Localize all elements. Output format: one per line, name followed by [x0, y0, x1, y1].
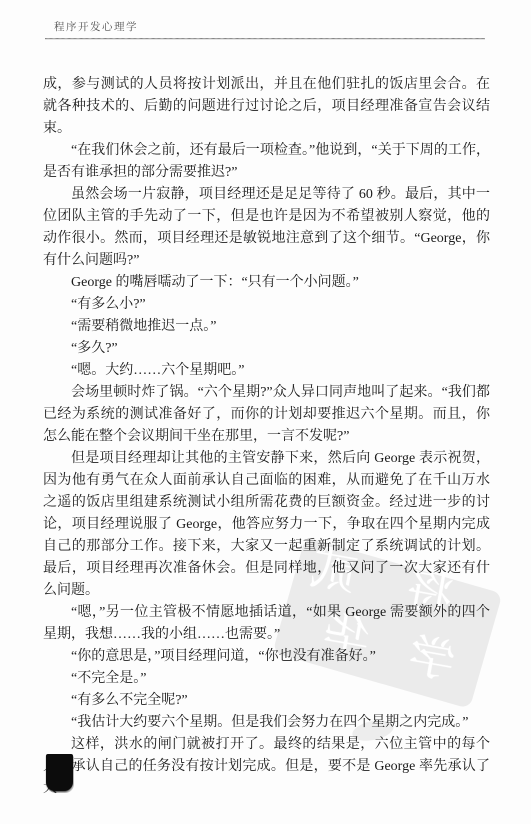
paragraph: “有多么不完全呢?”: [43, 690, 490, 712]
ink-mark: [46, 754, 73, 791]
paragraph: “多久?”: [43, 338, 490, 360]
paragraph: “不完全是。”: [43, 668, 490, 690]
running-head-title: 程序开发心理学: [54, 19, 138, 34]
paragraph: 但是项目经理却让其他的主管安静下来，然后向 George 表示祝贺，因为他有勇气…: [43, 448, 490, 602]
paragraph: 虽然会场一片寂静，项目经理还是足足等待了 60 秒。最后，其中一位团队主管的手先…: [43, 184, 490, 272]
paragraph: 这样，洪水的闸门就被打开了。最终的结果是，六位主管中的每个人都承认自己的任务没有…: [43, 734, 490, 800]
paragraph: 会场里顿时炸了锅。“六个星期?”众人异口同声地叫了起来。“我们都已经为系统的测试…: [43, 382, 490, 448]
paragraph: “在我们休会之前，还有最后一项检查。”他说到，“关于下周的工作，是否有谁承担的部…: [43, 140, 490, 184]
paragraph: “有多么小?”: [43, 294, 490, 316]
paragraph: “嗯。大约……六个星期吧。”: [43, 360, 490, 382]
paragraph: “嗯，”另一位主管极不情愿地插话道，“如果 George 需要额外的四个星期，我…: [43, 602, 490, 646]
paragraph: “我估计大约要六个星期。但是我们会努力在四个星期之内完成。”: [43, 712, 490, 734]
header-rule: [45, 38, 485, 39]
paragraph: “你的意思是，”项目经理问道，“你也没有准备好。”: [43, 646, 490, 668]
book-page: 程序开发心理学 贰 将 华 学 成，参与测试的人员将按计划派出，并且在他们驻扎的…: [0, 0, 531, 824]
body-text: 成，参与测试的人员将按计划派出，并且在他们驻扎的饭店里会合。在就各种技术的、后勤…: [43, 74, 490, 800]
paragraph: 成，参与测试的人员将按计划派出，并且在他们驻扎的饭店里会合。在就各种技术的、后勤…: [43, 74, 490, 140]
paragraph: George 的嘴唇嚅动了一下：“只有一个小问题。”: [43, 272, 490, 294]
paragraph: “需要稍微地推迟一点。”: [43, 316, 490, 338]
